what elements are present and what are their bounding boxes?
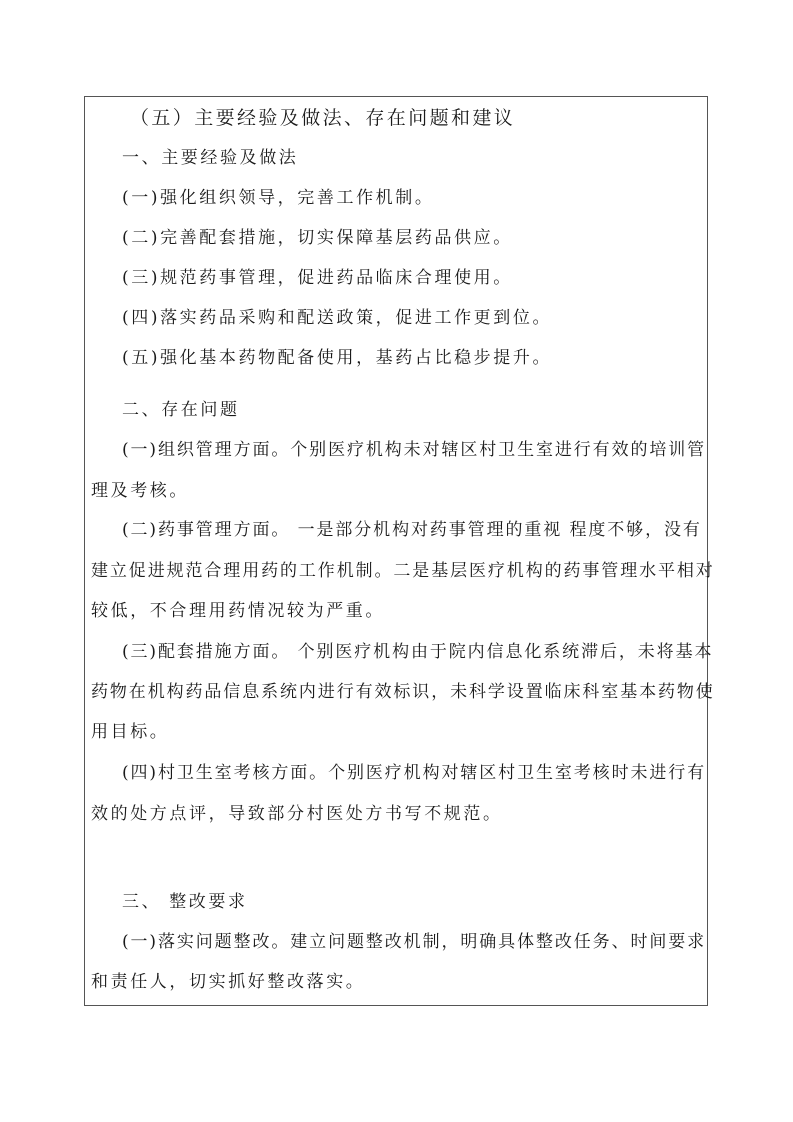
part2-item-2-line-2: 建立促进规范合理用药的工作机制。二是基层医疗机构的药事管理水平相对 bbox=[91, 561, 715, 581]
part2-item-2-line-3: 较低，不合理用药情况较为严重。 bbox=[91, 601, 385, 621]
part2-item-4-line-2: 效的处方点评，导致部分村医处方书写不规范。 bbox=[91, 804, 503, 824]
part3-heading: 三、 整改要求 bbox=[122, 892, 248, 912]
part1-item-3: (三)规范药事管理，促进药品临床合理使用。 bbox=[122, 268, 513, 288]
part2-item-1-line-1: (一)组织管理方面。个别医疗机构未对辖区村卫生室进行有效的培训管 bbox=[122, 440, 706, 460]
part1-item-2: (二)完善配套措施，切实保障基层药品供应。 bbox=[122, 228, 513, 248]
part2-item-1-line-2: 理及考核。 bbox=[91, 481, 189, 501]
part1-heading: 一、主要经验及做法 bbox=[122, 148, 298, 168]
part2-item-4-line-1: (四)村卫生室考核方面。个别医疗机构对辖区村卫生室考核时未进行有 bbox=[122, 763, 706, 783]
part3-item-1-line-1: (一)落实问题整改。建立问题整改机制，明确具体整改任务、时间要求 bbox=[122, 932, 706, 952]
part1-item-1: (一)强化组织领导，完善工作机制。 bbox=[122, 188, 434, 208]
part2-item-2-line-1: (二)药事管理方面。 一是部分机构对药事管理的重视 程度不够，没有 bbox=[122, 520, 702, 540]
part3-item-1-line-2: 和责任人，切实抓好整改落实。 bbox=[91, 972, 365, 992]
part2-item-3-line-3: 用目标。 bbox=[91, 722, 169, 742]
part1-item-5: (五)强化基本药物配备使用，基药占比稳步提升。 bbox=[122, 348, 552, 368]
part1-item-4: (四)落实药品采购和配送政策，促进工作更到位。 bbox=[122, 308, 552, 328]
part2-heading: 二、存在问题 bbox=[122, 400, 240, 420]
part2-item-3-line-2: 药物在机构药品信息系统内进行有效标识，未科学设置临床科室基本药物使 bbox=[91, 682, 715, 702]
part2-item-3-line-1: (三)配套措施方面。 个别医疗机构由于院内信息化系统滞后，未将基本 bbox=[122, 642, 713, 662]
section-title: （五）主要经验及做法、存在问题和建议 bbox=[130, 108, 515, 128]
